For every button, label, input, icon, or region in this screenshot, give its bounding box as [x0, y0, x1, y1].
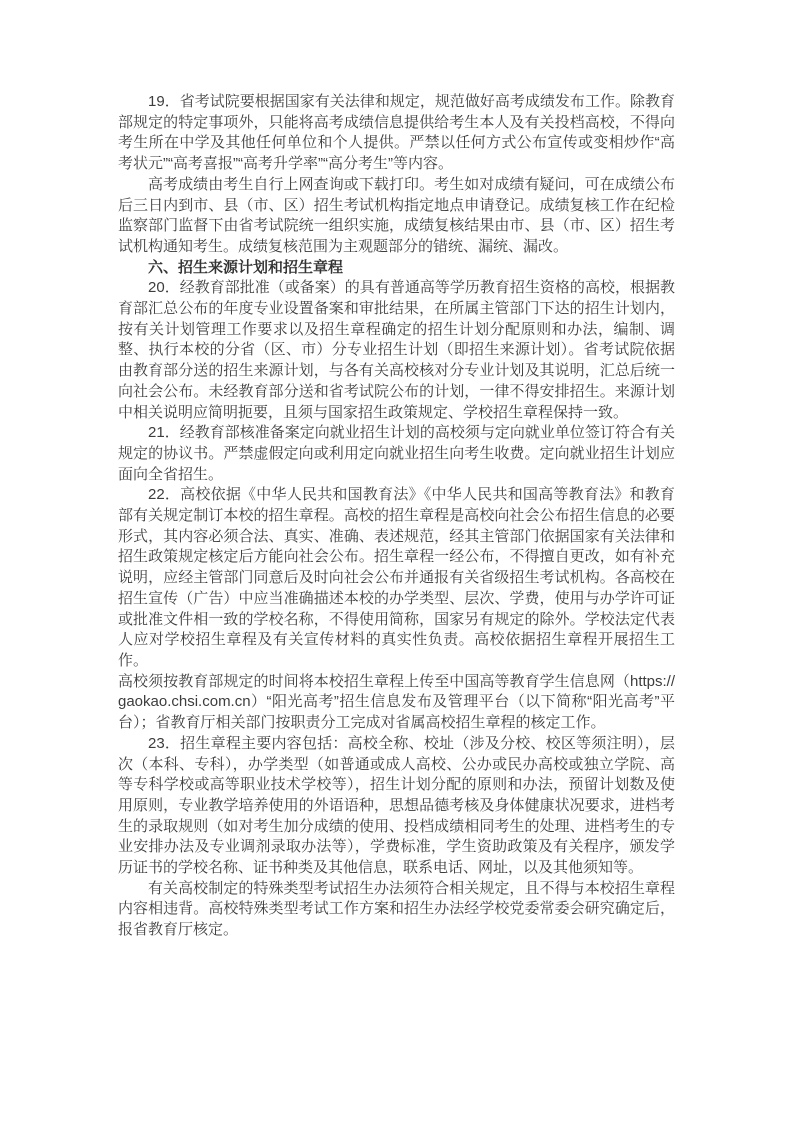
paragraph-special-type-exam: 有关高校制定的特殊类型考试招生办法须符合相关规定，且不得与本校招生章程内容相违背… [118, 879, 675, 941]
paragraph-item-22: 22．高校依据《中华人民共和国教育法》《中华人民共和国高等教育法》和教育部有关规… [118, 485, 675, 671]
paragraph-item-21: 21．经教育部核准备案定向就业招生计划的高校须与定向就业单位签订符合有关规定的协… [118, 423, 675, 485]
paragraph-score-review: 高考成绩由考生自行上网查询或下载打印。考生如对成绩有疑问，可在成绩公布后三日内到… [118, 175, 675, 258]
document-text-block: 19．省考试院要根据国家有关法律和规定，规范做好高考成绩发布工作。除教育部规定的… [118, 92, 675, 941]
paragraph-item-20: 20．经教育部批准（或备案）的具有普通高等学历教育招生资格的高校，根据教育部汇总… [118, 278, 675, 423]
paragraph-charter-upload: 高校须按教育部规定的时间将本校招生章程上传至中国高等教育学生信息网（https:… [118, 672, 675, 734]
paragraph-item-23: 23．招生章程主要内容包括：高校全称、校址（涉及分校、校区等须注明），层次（本科… [118, 734, 675, 879]
document-page: 19．省考试院要根据国家有关法律和规定，规范做好高考成绩发布工作。除教育部规定的… [0, 0, 793, 1122]
section-heading-6: 六、招生来源计划和招生章程 [118, 258, 675, 279]
paragraph-item-19: 19．省考试院要根据国家有关法律和规定，规范做好高考成绩发布工作。除教育部规定的… [118, 92, 675, 175]
